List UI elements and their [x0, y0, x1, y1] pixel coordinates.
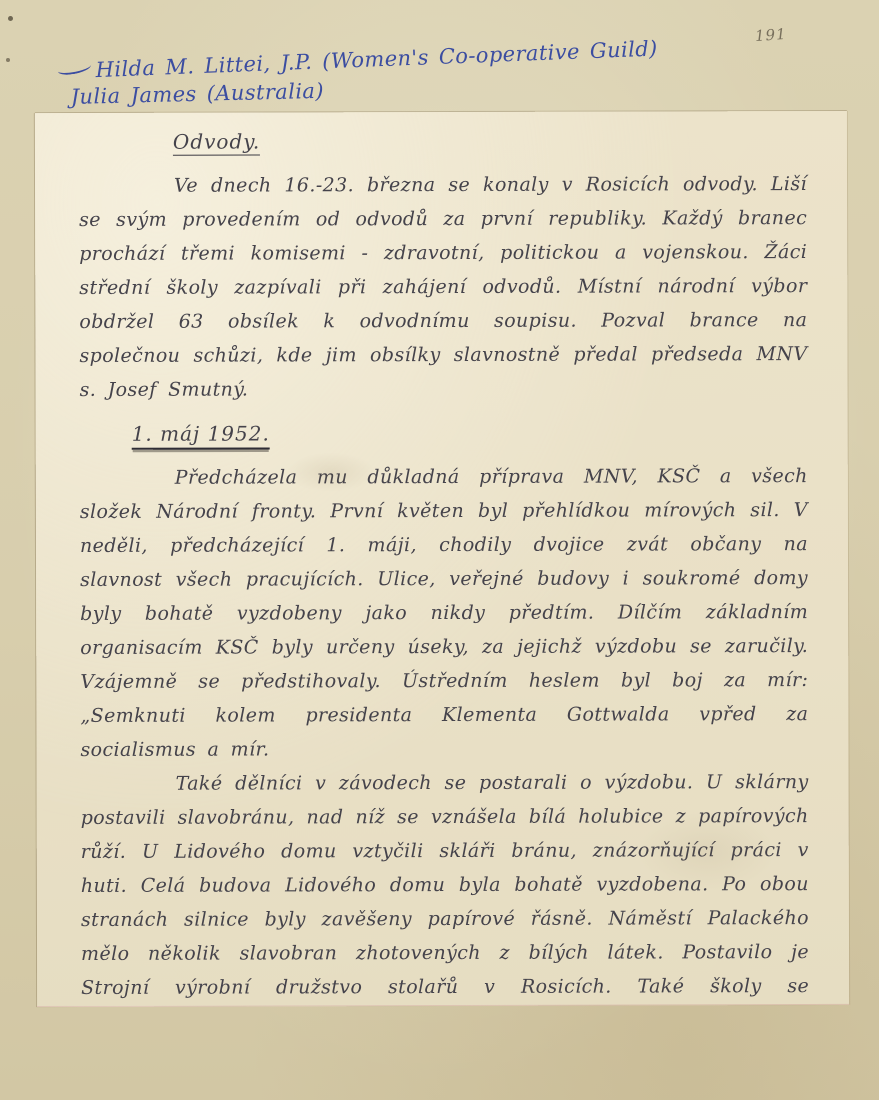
- section-heading-odvody: Odvody.: [173, 127, 807, 155]
- chronicle-sheet: Odvody. Ve dnech 16.-23. března se konal…: [35, 111, 849, 1007]
- paper-speck: [6, 58, 10, 62]
- blue-ink-annotation: Hilda M. Littei, J.P. (Women's Co-operat…: [57, 36, 659, 113]
- section-heading-1-maj-1952-text: 1. máj 1952.: [132, 421, 270, 449]
- paragraph-maj-priprava: Předcházela mu důkladná příprava MNV, KS…: [80, 459, 809, 767]
- section-heading-1-maj-1952: 1. máj 1952.: [132, 419, 808, 447]
- section-heading-odvody-text: Odvody.: [173, 129, 260, 155]
- scanned-chronicle-page: { "page_number": "191", "annotations": {…: [0, 0, 879, 1100]
- paragraph-odvody: Ve dnech 16.-23. března se konaly v Rosi…: [79, 167, 808, 407]
- page-number: 191: [755, 25, 788, 45]
- paragraph-maj-vyzdoba: Také dělníci v závodech se postarali o v…: [81, 765, 810, 1007]
- ink-flourish: [57, 60, 92, 77]
- paper-speck: [8, 16, 13, 21]
- chronicle-text: Odvody. Ve dnech 16.-23. března se konal…: [35, 111, 849, 1007]
